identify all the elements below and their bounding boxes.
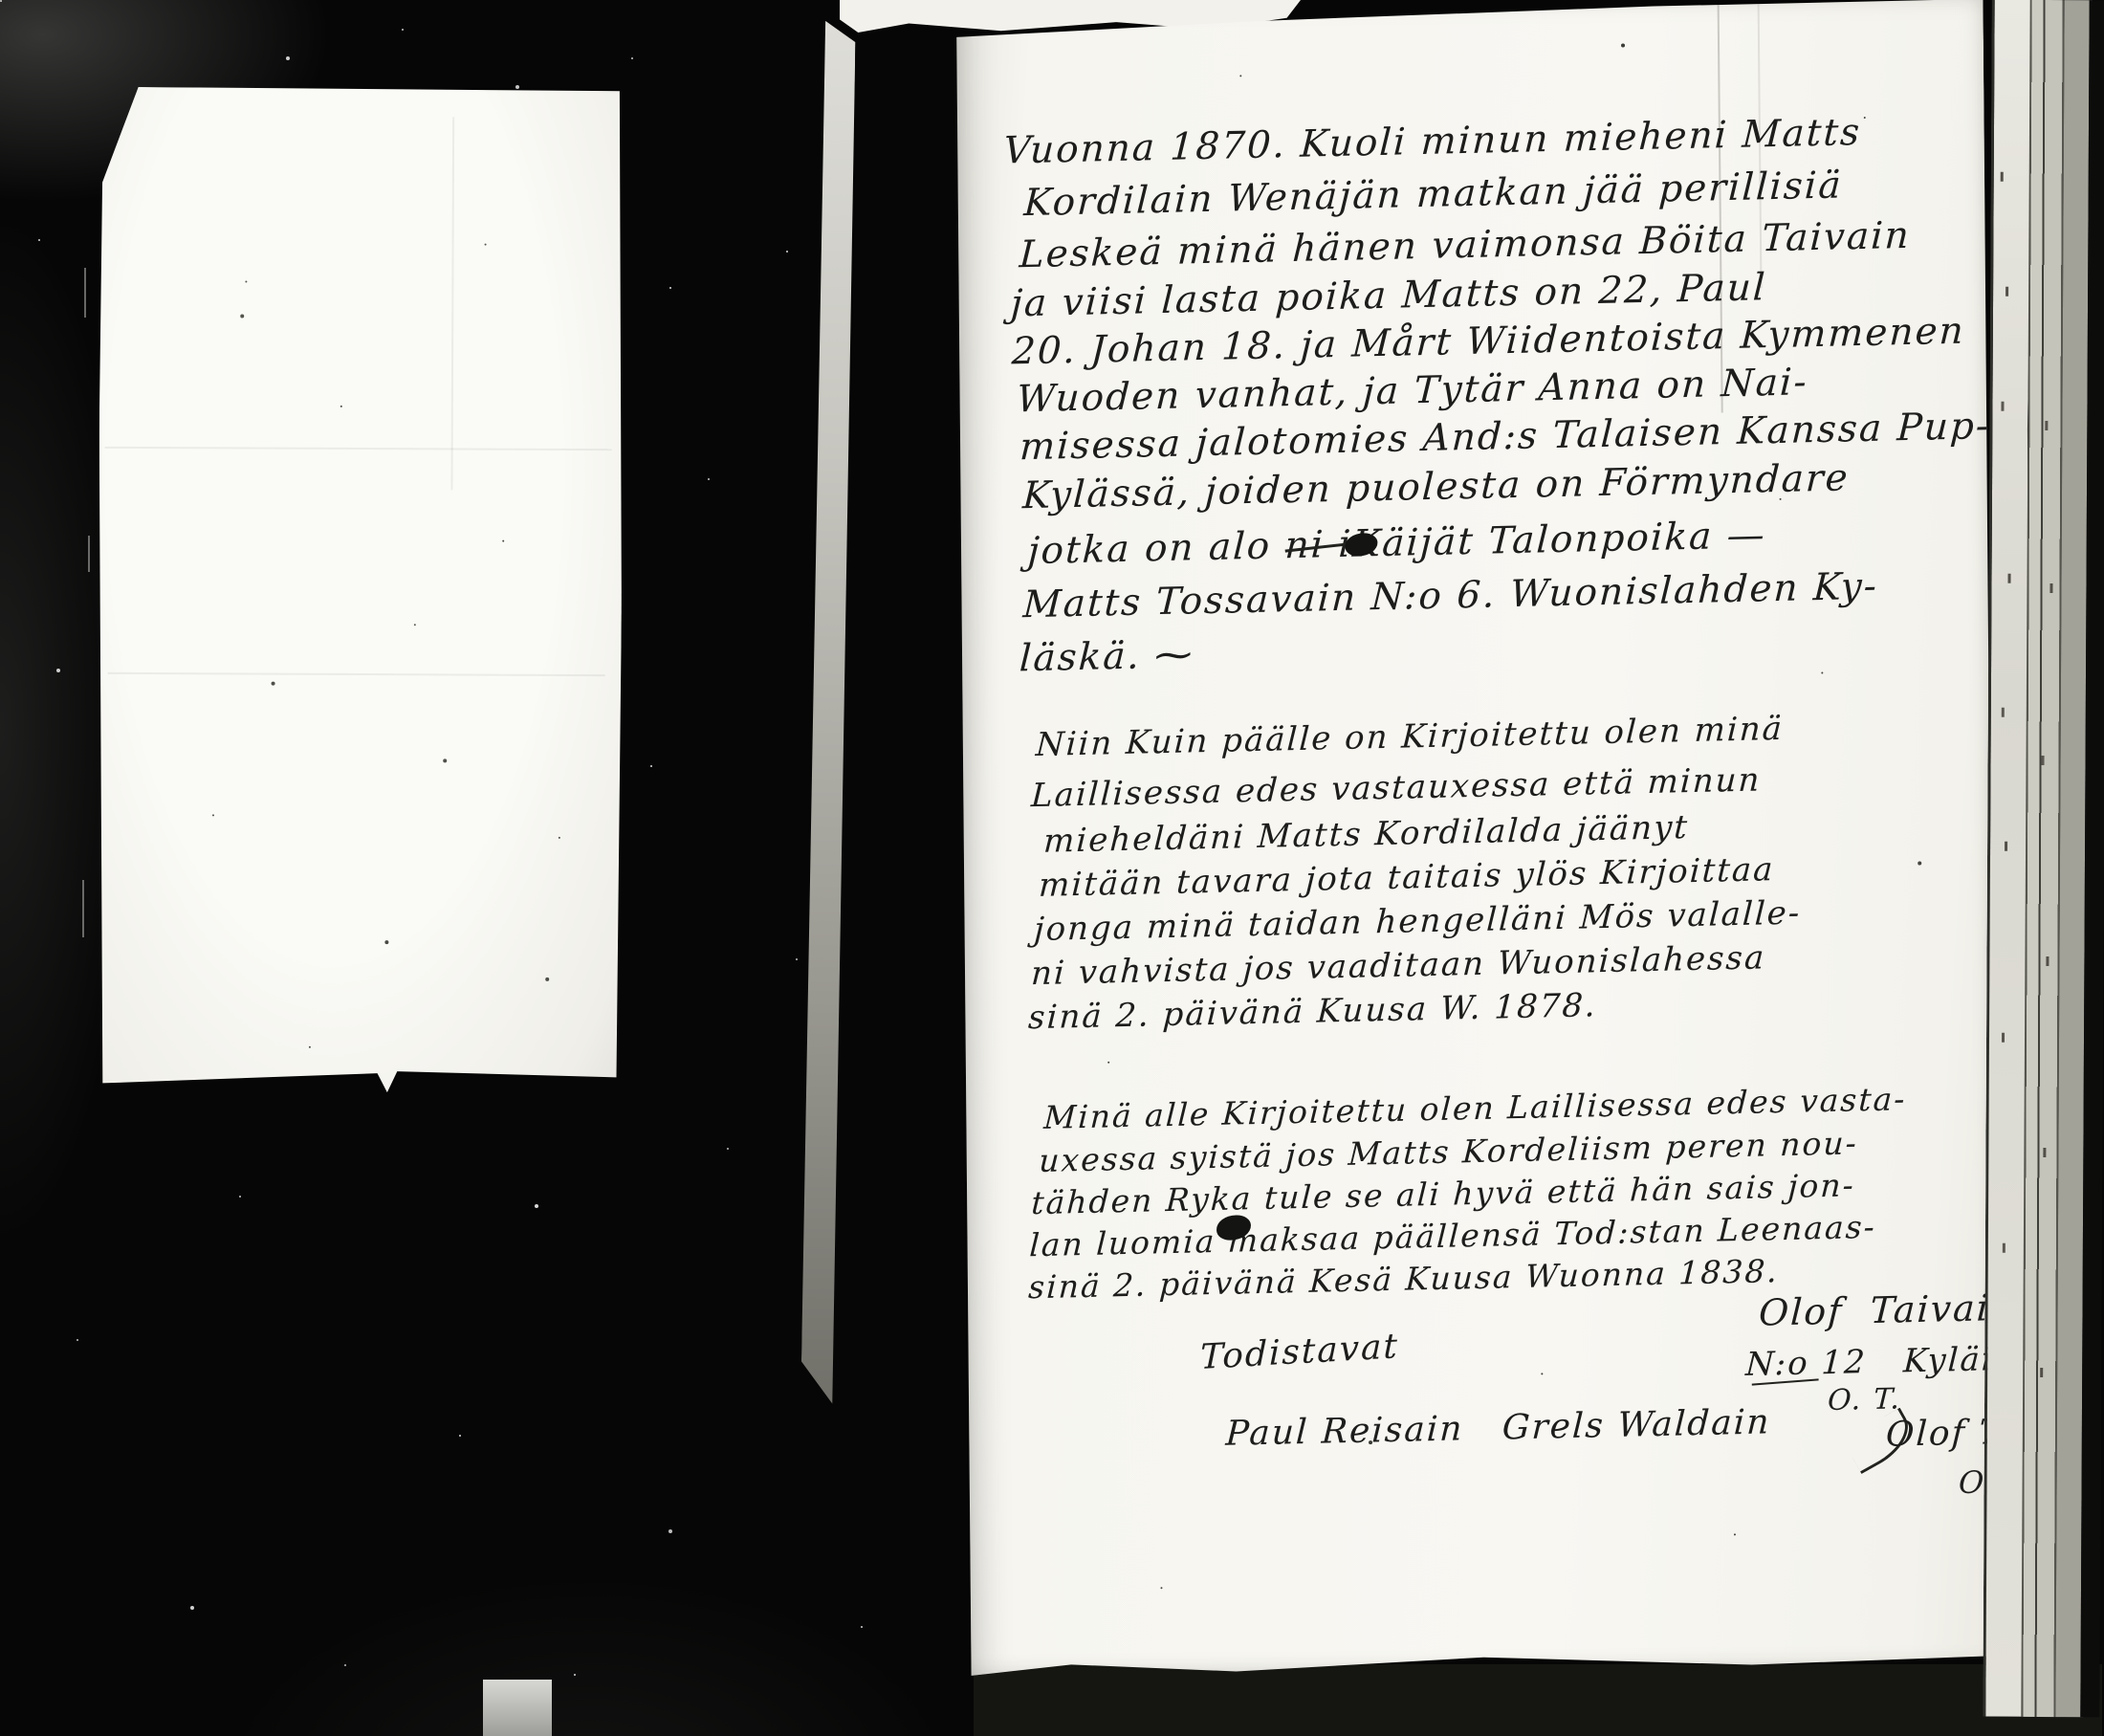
ink-bleed-marks	[2001, 172, 2004, 182]
manuscript-line: ni vahvista jos vaaditaan Wuonislahessa	[1030, 938, 1766, 993]
right-page: Vuonna 1870. Kuoli minun mieheni Matts K…	[953, 0, 2000, 1681]
paper-specks	[100, 87, 102, 89]
photo-background: Vuonna 1870. Kuoli minun mieheni Matts K…	[0, 0, 2104, 1736]
crease-line	[105, 447, 612, 450]
crease-line	[108, 672, 605, 676]
page-edge-stack	[1983, 0, 2104, 1717]
signature-name: Olof Taivain	[1758, 1286, 2016, 1334]
manuscript-line: Laillisessa edes vastauxessa että minun	[1030, 760, 1762, 815]
manuscript-line: Leskeä minä hänen vaimonsa Böita Taivain	[1019, 214, 1912, 276]
handwriting-layer: Vuonna 1870. Kuoli minun mieheni Matts K…	[951, 0, 2018, 1681]
manuscript-line: Niin Kuin päälle on Kirjoitettu olen min…	[1035, 710, 1785, 764]
page-fore-edge-sliver	[800, 21, 855, 1417]
shadow-under-page	[974, 1664, 2102, 1736]
crease-line	[450, 117, 454, 490]
scratch-mark	[84, 268, 86, 318]
scratch-mark	[88, 536, 90, 572]
paper-tab	[483, 1680, 552, 1736]
dust-specks	[0, 0, 2, 2]
manuscript-line: Vuonna 1870. Kuoli minun mieheni Matts	[1002, 111, 1862, 173]
manuscript-line: sinä 2. päivänä Kuusa W. 1878.	[1027, 986, 1598, 1037]
manuscript-line: läskä. ⁓	[1019, 633, 1195, 680]
manuscript-line: mieheldäni Matts Kordilalda jäänyt	[1042, 808, 1690, 861]
manuscript-line: jotka on alo ni iKäijät Talonpoika —	[1026, 514, 1766, 573]
left-blank-sheet	[97, 87, 625, 1093]
manuscript-line: Kordilain Wenäjän matkan jää perillisiä	[1023, 164, 1844, 225]
scratch-mark	[82, 880, 84, 937]
witness-label: Todistavat	[1200, 1327, 1399, 1377]
witness-names: Paul Reisain Grels Waldain	[1225, 1402, 1772, 1453]
corner-fold-line	[95, 90, 137, 189]
manuscript-line: Matts Tossavain N:o 6. Wuonislahden Ky-	[1022, 565, 1879, 627]
